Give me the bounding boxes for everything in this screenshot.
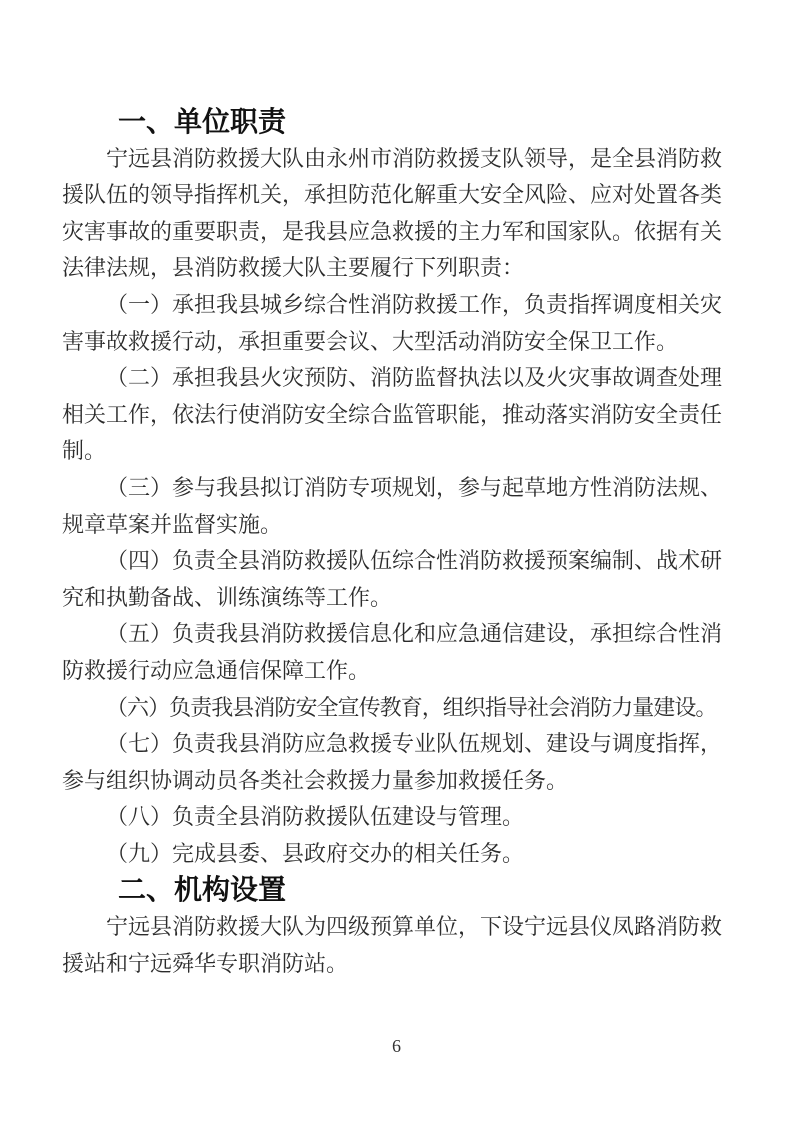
duty-item-4: （四）负责全县消防救援队伍综合性消防救援预案编制、战术研究和执勤备战、训练演练等… — [62, 543, 722, 616]
duty-item-2: （二）承担我县火灾预防、消防监督执法以及火灾事故调查处理相关工作，依法行使消防安… — [62, 360, 722, 470]
duty-item-8: （八）负责全县消防救援队伍建设与管理。 — [62, 799, 722, 836]
duty-item-6: （六）负责我县消防安全宣传教育，组织指导社会消防力量建设。 — [62, 690, 722, 727]
para-organization: 宁远县消防救援大队为四级预算单位，下设宁远县仪凤路消防救援站和宁远舜华专职消防站… — [62, 909, 722, 982]
duty-item-1: （一）承担我县城乡综合性消防救援工作，负责指挥调度相关灾害事故救援行动，承担重要… — [62, 287, 722, 360]
document-body: 一、单位职责 宁远县消防救援大队由永州市消防救援支队领导，是全县消防救援队伍的领… — [62, 104, 722, 982]
duty-item-5: （五）负责我县消防救援信息化和应急通信建设，承担综合性消防救援行动应急通信保障工… — [62, 616, 722, 689]
para-intro: 宁远县消防救援大队由永州市消防救援支队领导，是全县消防救援队伍的领导指挥机关，承… — [62, 141, 722, 287]
duty-item-7: （七）负责我县消防应急救援专业队伍规划、建设与调度指挥，参与组织协调动员各类社会… — [62, 726, 722, 799]
section-heading-duties: 一、单位职责 — [62, 104, 722, 141]
section-heading-organization: 二、机构设置 — [62, 872, 722, 909]
duty-item-9: （九）完成县委、县政府交办的相关任务。 — [62, 836, 722, 873]
page-number: 6 — [0, 1036, 793, 1057]
duty-item-3: （三）参与我县拟订消防专项规划，参与起草地方性消防法规、规章草案并监督实施。 — [62, 470, 722, 543]
document-page: 一、单位职责 宁远县消防救援大队由永州市消防救援支队领导，是全县消防救援队伍的领… — [0, 0, 793, 1122]
